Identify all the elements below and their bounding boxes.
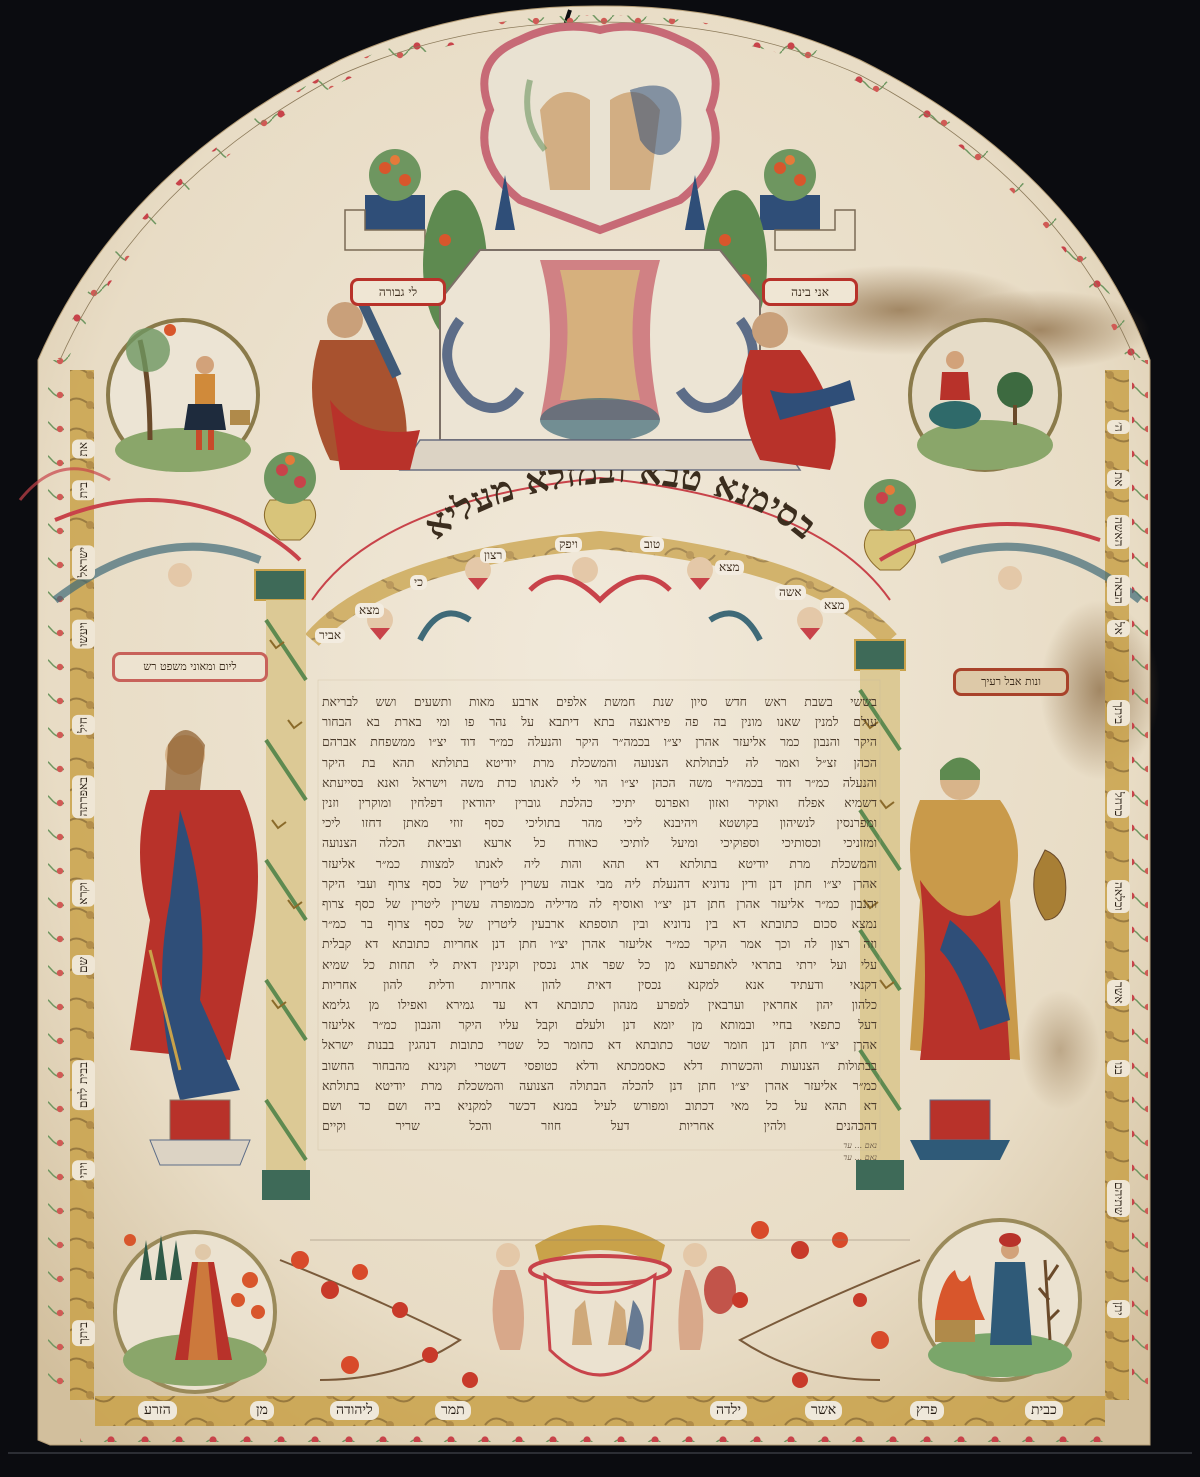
signature-line: נאם ... עד [362, 1140, 877, 1152]
contract-line: והנבון כמ״ר אליעזר אהרן חתן דנן יצ״ו ואו… [322, 894, 877, 914]
contract-line: דעל כתפאי בחיי ובמותא מן יומא דנן ולעלם … [322, 1015, 877, 1035]
right-border-word: ה׳ [1107, 420, 1130, 434]
bottom-band-word: ליהודה [330, 1401, 379, 1420]
right-border-word: וכלאה [1107, 880, 1130, 913]
headline-arch: בסימנא טבא ובמזלא מעליא [395, 470, 845, 590]
bottom-band-word: כבית [1025, 1401, 1063, 1420]
central-pediment [400, 250, 800, 470]
left-border-word: בבית לחם [72, 1060, 95, 1110]
contract-line: הכהן זצ״ל ואמר לה לבתולתא הצנועה והמשכלת… [322, 753, 877, 773]
left-border-word: חיל [72, 715, 95, 735]
left-border-word: באפרתה [72, 775, 95, 818]
bottom-band-word: הזרע [138, 1401, 177, 1420]
contract-line: וזה רצון לה וכך אמר היקר כמ״ר אליעזר אהר… [322, 934, 877, 954]
right-border-word: את [1107, 470, 1130, 489]
roundel-seated-woman [910, 320, 1060, 470]
banner-mid-left: ליום ומאוני משפט רש [112, 652, 268, 682]
right-border-word: ביתך [1107, 700, 1130, 726]
contract-line: בששי בשבת ראש חדש סיון שנת חמשת אלפים אר… [322, 692, 877, 712]
left-border-word: בית [72, 480, 95, 500]
contract-line: בבתולות הצנועות והכשרות דלא כאסמכתא ודלא… [322, 1056, 877, 1076]
headline-curve: בסימנא טבא ובמזלא מעליא [395, 470, 845, 590]
top-cartouche-priestly-hands [484, 27, 715, 230]
left-border-word: וקרא [72, 880, 95, 907]
left-border-word: ויהי [72, 1160, 95, 1180]
bottom-verse-band: כבית פרץ אשר ילדה תמר ליהודה מן הזרע [100, 1398, 1100, 1428]
left-border-word: את [72, 440, 95, 459]
arch-word: מצא [355, 603, 384, 618]
roundel-woman-in-garden [115, 1232, 275, 1392]
roundel-man-burning-bush [920, 1220, 1080, 1380]
arch-word: טוב [640, 537, 664, 552]
right-border-word: שתיהם [1107, 1180, 1130, 1217]
contract-line: אהרן יצ״ו חתן דנן חומר שטר כתובתא דא כחו… [322, 1035, 877, 1055]
contract-line: דא תהא על כל מאי דכתוב ומפורש לעיל במנא … [322, 1096, 877, 1116]
contract-line: דקנאי ודעתיד אנא למקנא נכסין דאית להון א… [322, 975, 877, 995]
ketubah-contract-text: בששי בשבת ראש חדש סיון שנת חמשת אלפים אר… [322, 692, 877, 1142]
svg-text:בסימנא טבא ובמזלא מעליא: בסימנא טבא ובמזלא מעליא [416, 470, 824, 548]
signature-line: נאם ... עד [362, 1152, 877, 1164]
arch-word: מצא [820, 598, 849, 613]
banner-top-left: לי גבורה [350, 278, 446, 306]
bottom-band-word: פרץ [910, 1401, 944, 1420]
arch-word: אשה [775, 585, 806, 600]
right-border-word: הבאה [1107, 575, 1130, 606]
contract-line: דהכהנים ולהין אחריות דעל חוזר והכל שריר … [322, 1116, 877, 1136]
arch-word: כי [410, 575, 427, 590]
contract-line: כמ״ר אליעזר אהרן יצ״ו חתן דנן להכלה הבתו… [322, 1076, 877, 1096]
arch-word: מצא [715, 560, 744, 575]
contract-line: אהרן יצ״ו חתן דנן ודין נדוניא דהנעלת ליה… [322, 874, 877, 894]
headline-text: בסימנא טבא ובמזלא מעליא [416, 470, 824, 548]
left-border-word: ויעשו [72, 620, 95, 649]
left-border-word: שם [72, 955, 95, 975]
arch-word: אביר [315, 628, 345, 643]
contract-line: עלי ועל ירתי בתראי לאתפרעא מן כל שפר ארג… [322, 955, 877, 975]
right-border-word: בנו [1107, 1060, 1130, 1077]
roundel-boy-picking-fruit [108, 320, 258, 472]
banner-top-right: אני בינה [762, 278, 858, 306]
contract-line: ומפרנסין לנשיהון בקושטא ויהיבנא ליכי מהר… [322, 813, 877, 833]
witness-signatures: נאם ... עד נאם ... עד [322, 1140, 877, 1164]
banner-mid-right: ונות אבל רעיך [953, 668, 1069, 696]
contract-line: והמשכלת מרת יודיטא בתולתא דא תהא והות לי… [322, 854, 877, 874]
bottom-band-word: אשר [805, 1401, 842, 1420]
right-border-word: כרחל [1107, 790, 1130, 818]
bottom-band-word: תמר [435, 1401, 471, 1420]
right-border-word: אשר [1107, 980, 1130, 1006]
contract-line: דשמיא אפלח ואוקיר ואזון ואפרנס יתיכי כהל… [322, 793, 877, 813]
contract-line: עולם למנין שאנו מונין בה פה פיראנצה בתא … [322, 712, 877, 732]
contract-line: ומזוניכי וכסותיכי וספוקיכי ומיעל לותיכי … [322, 833, 877, 853]
left-border-word: ישראל [72, 545, 95, 579]
right-border-word: האשה [1107, 515, 1130, 549]
right-border-word: יתן [1107, 1300, 1130, 1318]
contract-line: כלהון יהון אחראין וערבאין למפרע מנהון כת… [322, 995, 877, 1015]
contract-line: היקר והנבון כמר אליעזר אהרן יצ״ו בכמה״ר … [322, 732, 877, 752]
left-border-word: ביתך [72, 1320, 95, 1346]
right-border-word: אל [1107, 620, 1130, 637]
contract-line: נמצא סכום כתובתא דא בין נדוניא ובין תוספ… [322, 914, 877, 934]
bottom-band-word: ילדה [710, 1401, 747, 1420]
arch-word: ויפק [555, 537, 582, 552]
arch-word: רצון [480, 548, 506, 563]
contract-line: והנעלה כמ״ר דוד בכמה״ר משה הכהן יצ״ו הוי… [322, 773, 877, 793]
bottom-band-word: מן [250, 1401, 274, 1420]
